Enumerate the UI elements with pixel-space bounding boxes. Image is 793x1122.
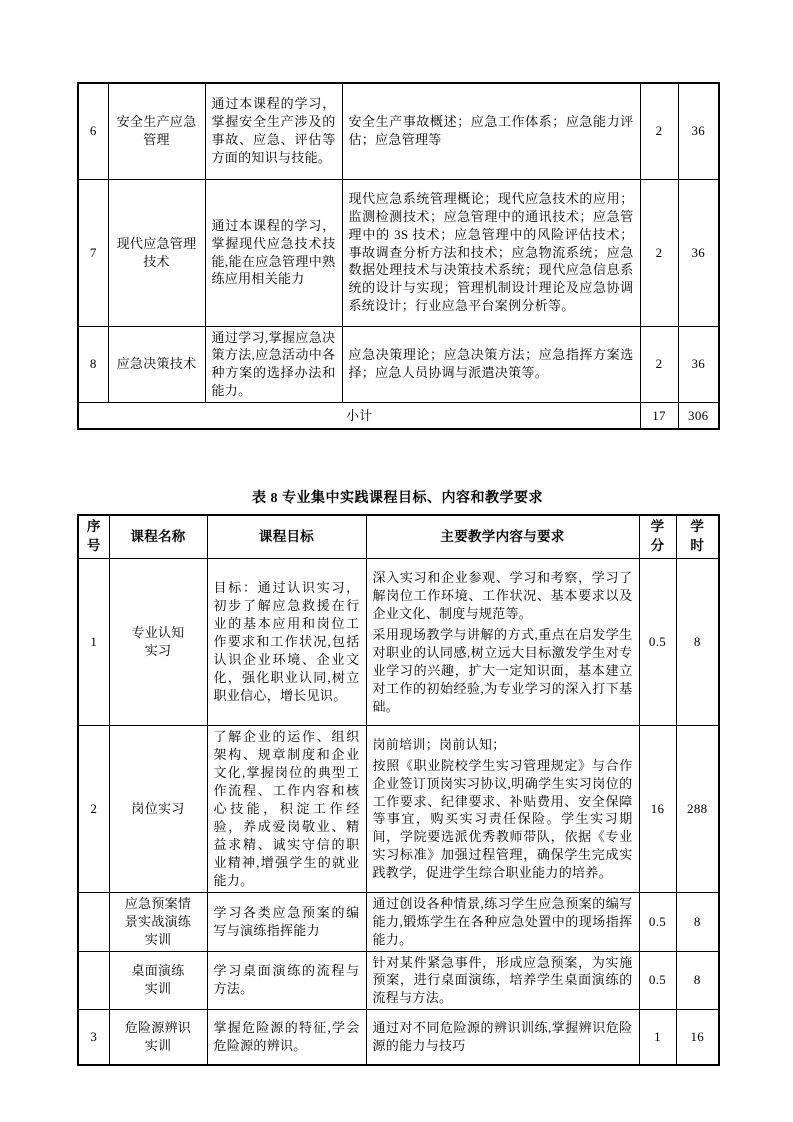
table-row: 3 危险源辨识 实训 掌握危险源的特征,学会危险源的辨识。 通过对不同危险源的辨…: [78, 1010, 719, 1065]
document-page: 6 安全生产应急 管理 通过本课程的学习，掌握安全生产涉及的事故、应急、评估等方…: [0, 0, 793, 1122]
course-goal: 学习桌面演练的流程与方法。: [207, 951, 366, 1010]
course-name: 应急决策技术: [108, 326, 205, 403]
hours-value: 36: [678, 179, 719, 326]
course-content: 现代应急系统管理概论；现代应急技术的应用；监测检测技术；应急管理中的通讯技术；应…: [342, 179, 640, 326]
content-paragraph: 深入实习和企业参观、学习和考察，学习了解岗位工作环境、工作状况、基本要求以及企业…: [373, 569, 633, 623]
hours-value: 8: [676, 559, 719, 726]
course-name: 安全生产应急 管理: [108, 83, 205, 179]
header-no: 序 号: [78, 515, 109, 559]
course-name: 应急预案情 景实战演练 实训: [109, 892, 207, 951]
subtotal-hours: 306: [678, 403, 719, 429]
table-row: 桌面演练 实训 学习桌面演练的流程与方法。 针对某件紧急事件，形成应急预案，为实…: [78, 951, 719, 1010]
subtotal-row: 小计 17 306: [78, 403, 719, 429]
course-name: 专业认知 实习: [109, 559, 207, 726]
table-row: 1 专业认知 实习 目标：通过认识实习，初步了解应急救援在行业的基本应用和岗位工…: [78, 559, 719, 726]
course-name: 岗位实习: [109, 726, 207, 892]
credits-value: 1: [639, 1010, 676, 1065]
hours-value: 16: [676, 1010, 719, 1065]
course-goal: 目标：通过认识实习，初步了解应急救援在行业的基本应用和岗位工作要求和工作状况,包…: [207, 559, 366, 726]
table-row: 2 岗位实习 了解企业的运作、组织架构、规章制度和企业文化,掌握岗位的典型工作流…: [78, 726, 719, 892]
subtotal-credits: 17: [640, 403, 678, 429]
row-number: 7: [78, 179, 108, 326]
course-goal: 通过本课程的学习，掌握现代应急技术技能,能在应急管理中熟练应用相关能力: [205, 179, 342, 326]
row-number: 8: [78, 326, 108, 403]
credits-value: 0.5: [639, 892, 676, 951]
course-goal: 了解企业的运作、组织架构、规章制度和企业文化,掌握岗位的典型工作流程、工作内容和…: [207, 726, 366, 892]
row-number: 3: [78, 1010, 109, 1065]
table-row: 应急预案情 景实战演练 实训 学习各类应急预案的编写与演练指挥能力 通过创设各种…: [78, 892, 719, 951]
course-name: 危险源辨识 实训: [109, 1010, 207, 1065]
credits-value: 0.5: [639, 951, 676, 1010]
course-content: 通过对不同危险源的辨识训练,掌握辨识危险源的能力与技巧: [366, 1010, 639, 1065]
course-content: 应急决策理论；应急决策方法；应急指挥方案选择；应急人员协调与派遣决策等。: [342, 326, 640, 403]
row-number: [78, 892, 109, 951]
content-paragraph: 按照《职业院校学生实习管理规定》与合作企业签订顶岗实习协议,明确学生实习岗位的工…: [373, 757, 633, 883]
table-row: 8 应急决策技术 通过学习,掌握应急决策方法,应急活动中各种方案的选择办法和能力…: [78, 326, 719, 403]
hours-value: 288: [676, 726, 719, 892]
hours-value: 36: [678, 83, 719, 179]
table-row: 7 现代应急管理 技术 通过本课程的学习，掌握现代应急技术技能,能在应急管理中熟…: [78, 179, 719, 326]
hours-value: 8: [676, 951, 719, 1010]
header-course-goal: 课程目标: [207, 515, 366, 559]
hours-value: 36: [678, 326, 719, 403]
header-content: 主要教学内容与要求: [366, 515, 639, 559]
credits-value: 0.5: [639, 559, 676, 726]
course-content: 通过创设各种情景,练习学生应急预案的编写能力,锻炼学生在各种应急处置中的现场指挥…: [366, 892, 639, 951]
table-row: 6 安全生产应急 管理 通过本课程的学习，掌握安全生产涉及的事故、应急、评估等方…: [78, 83, 719, 179]
hours-value: 8: [676, 892, 719, 951]
course-goal: 通过本课程的学习，掌握安全生产涉及的事故、应急、评估等方面的知识与技能。: [205, 83, 342, 179]
subtotal-label: 小计: [78, 403, 640, 429]
row-number: 2: [78, 726, 109, 892]
course-content: 深入实习和企业参观、学习和考察，学习了解岗位工作环境、工作状况、基本要求以及企业…: [366, 559, 639, 726]
course-name: 现代应急管理 技术: [108, 179, 205, 326]
practice-course-table: 序 号 课程名称 课程目标 主要教学内容与要求 学 分 学 时 1 专业认知 实…: [77, 514, 720, 1066]
credits-value: 2: [640, 83, 678, 179]
course-table-continued: 6 安全生产应急 管理 通过本课程的学习，掌握安全生产涉及的事故、应急、评估等方…: [77, 82, 720, 430]
header-credits: 学 分: [639, 515, 676, 559]
course-goal: 通过学习,掌握应急决策方法,应急活动中各种方案的选择办法和能力。: [205, 326, 342, 403]
row-number: 1: [78, 559, 109, 726]
course-goal: 学习各类应急预案的编写与演练指挥能力: [207, 892, 366, 951]
course-content: 岗前培训；岗前认知； 按照《职业院校学生实习管理规定》与合作企业签订顶岗实习协议…: [366, 726, 639, 892]
credits-value: 16: [639, 726, 676, 892]
header-row: 序 号 课程名称 课程目标 主要教学内容与要求 学 分 学 时: [78, 515, 719, 559]
course-name: 桌面演练 实训: [109, 951, 207, 1010]
credits-value: 2: [640, 326, 678, 403]
header-course-name: 课程名称: [109, 515, 207, 559]
content-paragraph: 采用现场教学与讲解的方式,重点在启发学生对职业的认同感,树立远大目标激发学生对专…: [373, 626, 633, 716]
row-number: 6: [78, 83, 108, 179]
content-paragraph: 岗前培训；岗前认知；: [373, 736, 633, 754]
credits-value: 2: [640, 179, 678, 326]
row-number: [78, 951, 109, 1010]
course-content: 安全生产事故概述；应急工作体系；应急能力评估；应急管理等: [342, 83, 640, 179]
header-hours: 学 时: [676, 515, 719, 559]
table-caption: 表 8 专业集中实践课程目标、内容和教学要求: [77, 487, 718, 507]
course-content: 针对某件紧急事件，形成应急预案，为实施预案，进行桌面演练，培养学生桌面演练的流程…: [366, 951, 639, 1010]
course-goal: 掌握危险源的特征,学会危险源的辨识。: [207, 1010, 366, 1065]
